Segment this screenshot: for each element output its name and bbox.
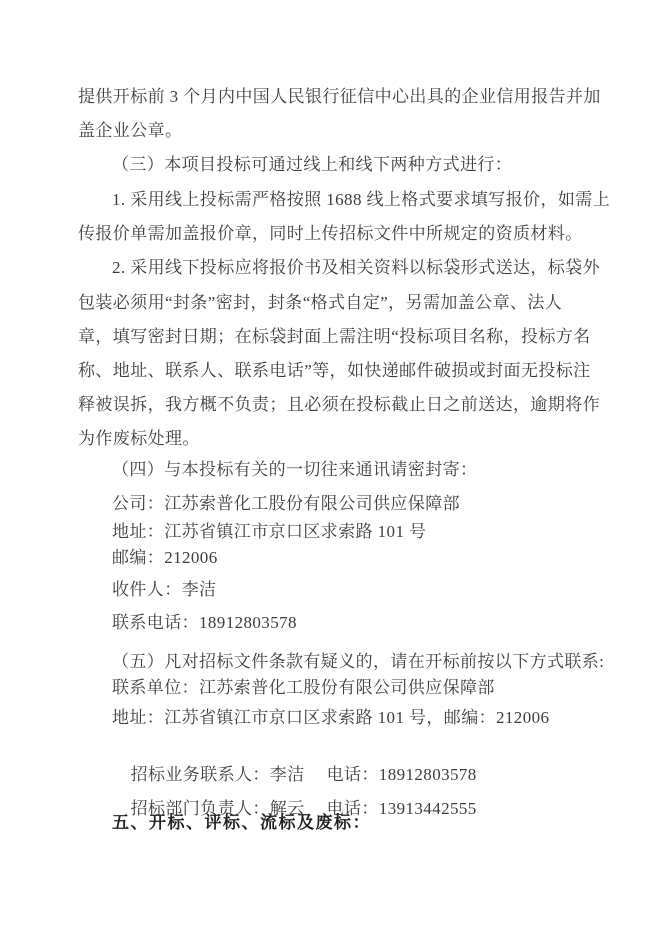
para-offline-bid-line-2: 包装必须用“封条”密封，封条“格式自定”，另需加盖公章、法人 — [78, 291, 598, 315]
para-offline-bid-line-6: 为作废标处理。 — [78, 427, 598, 451]
recipient-line: 收件人：李洁 — [112, 578, 598, 602]
contact-phone-line: 联系电话：18912803578 — [112, 611, 598, 635]
para-section-3-intro: （三）本项目投标可通过线上和线下两种方式进行： — [112, 153, 598, 177]
address-postcode-line: 地址：江苏省镇江市京口区求索路 101 号，邮编：212006 — [112, 706, 598, 730]
para-credit-report-line-1: 提供开标前 3 个月内中国人民银行征信中心出具的企业信用报告并加 — [78, 85, 598, 109]
para-offline-bid-line-3: 章，填写密封日期；在标袋封面上需注明“投标项目名称，投标方名 — [78, 325, 598, 349]
para-section-4-intro: （四）与本投标有关的一切往来通讯请密封寄： — [112, 458, 598, 482]
chapter-5-heading: 五、开标、评标、流标及废标： — [112, 811, 598, 835]
para-offline-bid-line-1: 2. 采用线下投标应将报价书及相关资料以标袋形式送达，标袋外 — [112, 256, 598, 280]
document-page: 提供开标前 3 个月内中国人民银行征信中心出具的企业信用报告并加 盖企业公章。 … — [0, 0, 662, 936]
postcode-line: 邮编：212006 — [112, 546, 598, 570]
para-offline-bid-line-4: 称、地址、联系人、联系电话”等，如快递邮件破损或封面无投标注 — [78, 359, 598, 383]
para-offline-bid-line-5: 释被误拆，我方概不负责；且必须在投标截止日之前送达，逾期将作 — [78, 393, 598, 417]
para-credit-report-line-2: 盖企业公章。 — [78, 119, 598, 143]
para-section-5-intro: （五）凡对招标文件条款有疑义的，请在开标前按以下方式联系: — [112, 650, 598, 674]
company-line: 公司：江苏索普化工股份有限公司供应保障部 — [112, 492, 598, 516]
contact-unit-line: 联系单位：江苏索普化工股份有限公司供应保障部 — [112, 676, 598, 700]
para-online-bid-line-1: 1. 采用线上投标需严格按照 1688 线上格式要求填写报价，如需上 — [112, 188, 598, 212]
para-online-bid-line-2: 传报价单需加盖报价章，同时上传招标文件中所规定的资质材料。 — [78, 222, 598, 246]
address-line: 地址：江苏省镇江市京口区求索路 101 号 — [112, 520, 598, 544]
